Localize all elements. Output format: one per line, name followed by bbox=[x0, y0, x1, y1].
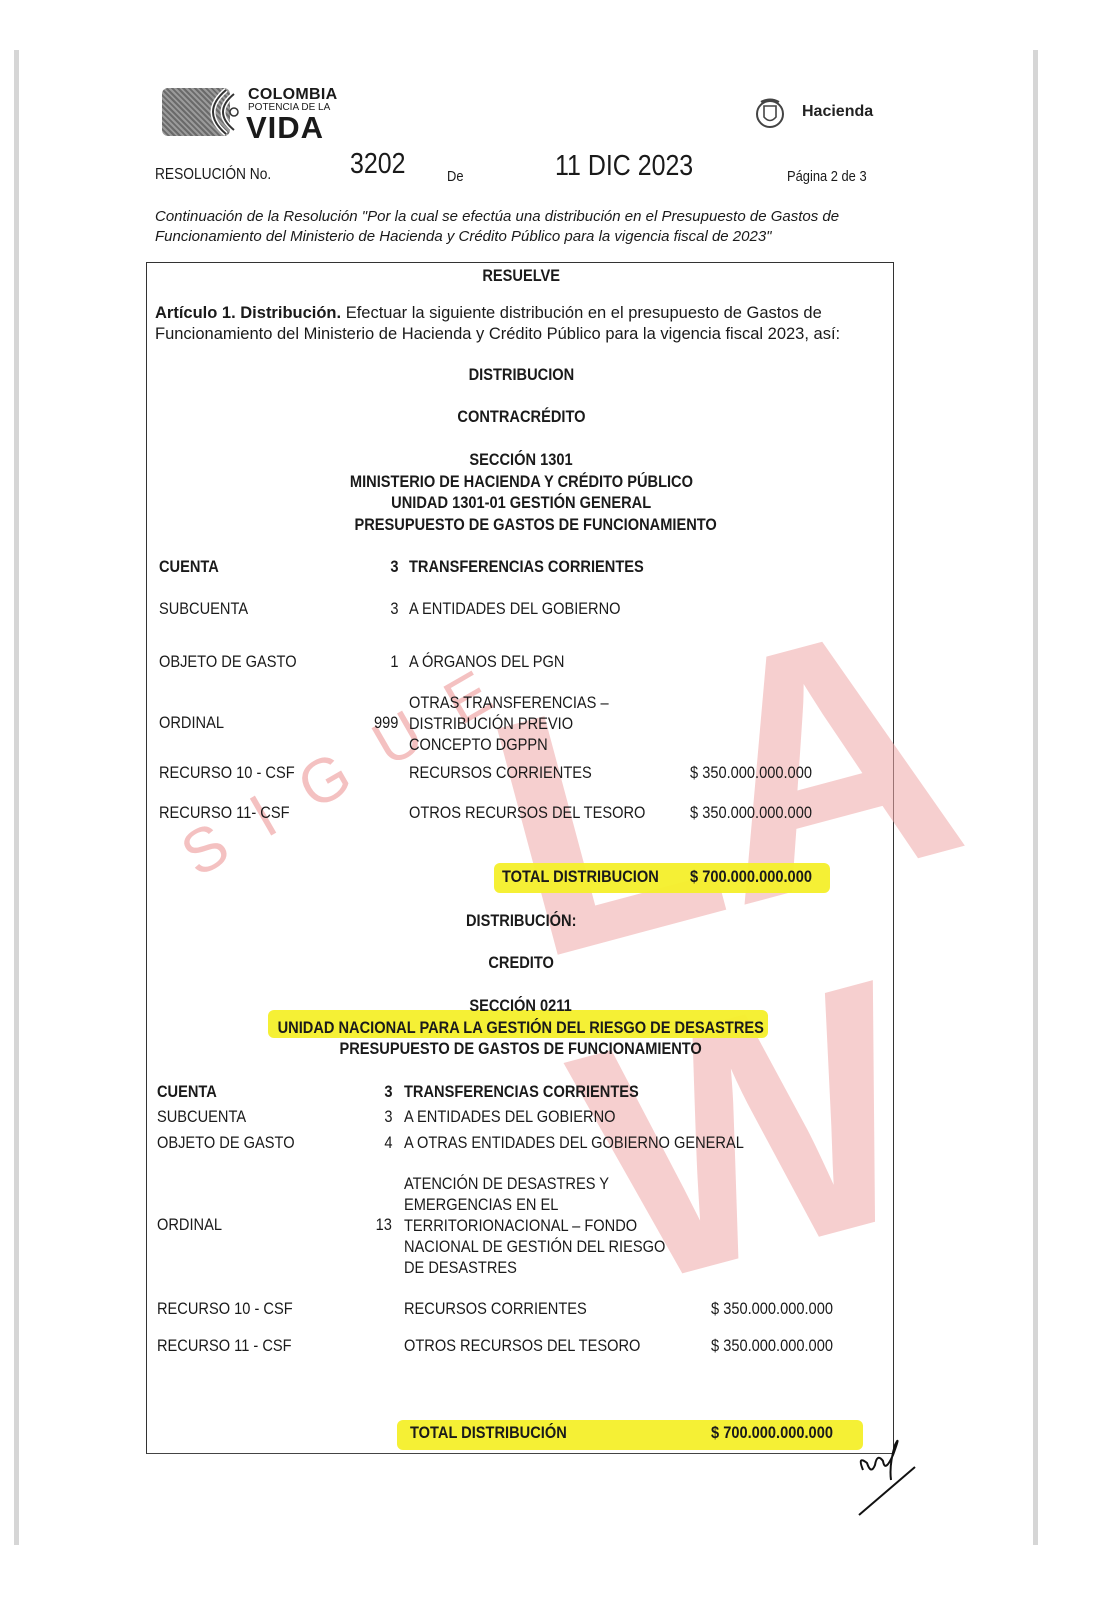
brand-vida: VIDA bbox=[246, 110, 324, 146]
row-description: A OTRAS ENTIDADES DEL GOBIERNO GENERAL bbox=[404, 1133, 799, 1153]
row-label: RECURSO 11- CSF bbox=[159, 803, 311, 823]
continuation-note: Continuación de la Resolución "Por la cu… bbox=[155, 207, 895, 247]
row-code: 3 bbox=[383, 1107, 392, 1127]
distribucion-heading: DISTRIBUCION bbox=[146, 365, 896, 385]
row-label: RECURSO 11 - CSF bbox=[157, 1336, 314, 1356]
resuelve-heading: RESUELVE bbox=[146, 266, 896, 286]
page-edge-left bbox=[14, 50, 19, 1545]
distribucion-heading-2: DISTRIBUCIÓN: bbox=[146, 911, 896, 931]
row-description: RECURSOS CORRIENTES bbox=[404, 1299, 617, 1319]
total-credito-label: TOTAL DISTRIBUCIÓN bbox=[410, 1423, 592, 1443]
row-code: 3 bbox=[383, 1082, 392, 1102]
row-code: 4 bbox=[383, 1133, 392, 1153]
row-code: 13 bbox=[373, 1215, 392, 1235]
row-description: RECURSOS CORRIENTES bbox=[409, 763, 622, 783]
row-code: 1 bbox=[389, 652, 398, 672]
credito-heading: CREDITO bbox=[146, 953, 896, 973]
row-label: SUBCUENTA bbox=[157, 1107, 261, 1127]
page-indicator: Página 2 de 3 bbox=[787, 168, 880, 185]
colombia-logo-arcs-icon bbox=[190, 86, 240, 138]
row-label: RECURSO 10 - CSF bbox=[159, 763, 317, 783]
row-label: OBJETO DE GASTO bbox=[159, 652, 319, 672]
row-description: A ENTIDADES DEL GOBIERNO bbox=[404, 1107, 650, 1127]
de-label: De bbox=[447, 168, 466, 185]
total-credito-amount: $ 700.000.000.000 bbox=[711, 1423, 853, 1443]
contracredito-entity-block: SECCIÓN 1301 MINISTERIO DE HACIENDA Y CR… bbox=[146, 449, 896, 535]
row-amount: $ 350.000.000.000 bbox=[711, 1336, 853, 1356]
row-code: 3 bbox=[389, 557, 398, 577]
row-label: RECURSO 10 - CSF bbox=[157, 1299, 315, 1319]
contracredito-heading: CONTRACRÉDITO bbox=[146, 407, 896, 427]
row-description: A ENTIDADES DEL GOBIERNO bbox=[409, 599, 655, 619]
row-label: ORDINAL bbox=[159, 713, 235, 733]
total-contracredito-label: TOTAL DISTRIBUCION bbox=[502, 867, 684, 887]
row-description: TRANSFERENCIAS CORRIENTES bbox=[404, 1082, 677, 1102]
row-description: A ÓRGANOS DEL PGN bbox=[409, 652, 590, 672]
row-label: SUBCUENTA bbox=[159, 599, 263, 619]
coat-of-arms-icon bbox=[753, 97, 787, 129]
row-label: CUENTA bbox=[157, 1082, 227, 1102]
row-label: CUENTA bbox=[159, 557, 229, 577]
row-description: OTROS RECURSOS DEL TESORO bbox=[404, 1336, 679, 1356]
row-description: TRANSFERENCIAS CORRIENTES bbox=[409, 557, 682, 577]
article-1: Artículo 1. Distribución. Efectuar la si… bbox=[155, 303, 890, 345]
article-title: Artículo 1. Distribución. bbox=[155, 304, 341, 322]
row-description: OTROS RECURSOS DEL TESORO bbox=[409, 803, 684, 823]
total-contracredito-amount: $ 700.000.000.000 bbox=[690, 867, 832, 887]
row-description: OTRAS TRANSFERENCIAS – DISTRIBUCIÓN PREV… bbox=[409, 692, 641, 755]
row-amount: $ 350.000.000.000 bbox=[690, 803, 832, 823]
signature-mark bbox=[855, 1425, 925, 1520]
row-label: OBJETO DE GASTO bbox=[157, 1133, 317, 1153]
row-code: 3 bbox=[389, 599, 398, 619]
row-description: ATENCIÓN DE DESASTRES Y EMERGENCIAS EN E… bbox=[404, 1173, 708, 1278]
row-label: ORDINAL bbox=[157, 1215, 233, 1235]
resolution-label: RESOLUCIÓN No. bbox=[155, 166, 290, 184]
row-amount: $ 350.000.000.000 bbox=[711, 1299, 853, 1319]
hacienda-logo-text: Hacienda bbox=[802, 103, 873, 121]
credito-entity-block: SECCIÓN 0211 UNIDAD NACIONAL PARA LA GES… bbox=[146, 995, 896, 1060]
resolution-date: 11 DIC 2023 bbox=[555, 150, 716, 184]
resolution-number: 3202 bbox=[350, 148, 415, 182]
row-amount: $ 350.000.000.000 bbox=[690, 763, 832, 783]
row-code: 999 bbox=[370, 713, 398, 733]
